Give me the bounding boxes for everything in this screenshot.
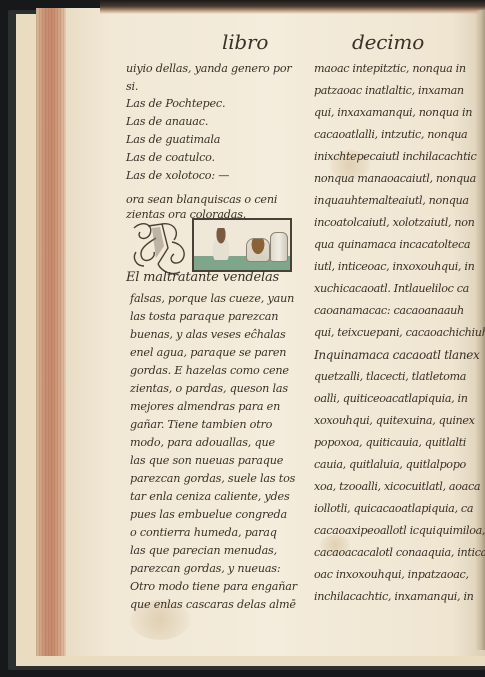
text-line: qua quinamaca incacatolteca: [314, 238, 470, 251]
text-line: modo, para adouallas, que: [130, 436, 275, 449]
text-line: qui, inxaxamanqui, nonqua in: [314, 106, 472, 119]
text-line: El maltratante vendelas: [126, 270, 279, 285]
text-line: cauia, quitlaluia, quitlalpopo: [314, 458, 466, 471]
seated-figure-icon: [208, 228, 234, 260]
text-line: xoxouhqui, quitexuina, quinex: [314, 414, 475, 427]
text-line: caoanamacac: cacaoanaauh: [314, 304, 464, 317]
text-line: xoa, tzooalli, xicocuitlatl, aoaca: [314, 480, 480, 493]
illustration-cacao-seller: [192, 218, 292, 272]
text-line: las que son nueuas paraque: [130, 454, 283, 467]
text-line: Las de Pochtepec.: [126, 97, 225, 110]
text-line: gordas. E hazelas como cene: [130, 364, 289, 377]
text-line: Otro modo tiene para engañar: [130, 580, 297, 593]
text-line: Las de coatulco.: [126, 151, 215, 164]
text-line: ora sean blanquiscas o ceni: [126, 193, 277, 206]
text-line: popoxoa, quiticauia, quitlalti: [314, 436, 466, 449]
running-head-right: decimo: [352, 30, 424, 54]
text-line: las que parecian menudas,: [130, 544, 277, 557]
text-line: xuchicacaoatl. Intlaueliloc ca: [314, 282, 469, 295]
text-line: iollotli, quicacaoatlapiquia, ca: [314, 502, 473, 515]
text-line: quetzalli, tlacecti, tlatletoma: [314, 370, 466, 383]
cacao-basket-icon: [246, 238, 270, 262]
jar-icon: [270, 232, 288, 262]
text-line: parezcan gordas, y nueuas:: [130, 562, 280, 575]
text-line: Inquinamaca cacaoatl tlanex: [314, 348, 479, 362]
text-line: enel agua, paraque se paren: [130, 346, 286, 359]
text-line: o contierra humeda, paraq: [130, 526, 277, 539]
text-line: oac inxoxouhqui, inpatzaoac,: [314, 568, 469, 581]
text-line: falsas, porque las cueze, yaun: [130, 292, 294, 305]
text-line: cacaoacacalotl conaaquia, intica: [314, 546, 485, 559]
text-line: nonqua manaoacaiutl, nonqua: [314, 172, 476, 185]
text-line: oalli, quiticeoacatlapiquia, in: [314, 392, 468, 405]
text-line: tar enla ceniza caliente, ydes: [130, 490, 289, 503]
text-line: mejores almendras para en: [130, 400, 280, 413]
text-line: Las de xolotoco: —: [126, 169, 229, 182]
text-line: incoatolcaiutl, xolotzaiutl, non: [314, 216, 475, 229]
text-line: Las de anauac.: [126, 115, 208, 128]
text-line: zientas, o pardas, queson las: [130, 382, 288, 395]
text-line: pues las embuelue congreda: [130, 508, 287, 521]
text-line: patzaoac inatlaltic, inxaman: [314, 84, 464, 97]
text-line: cacaoatlalli, intzutic, nonqua: [314, 128, 467, 141]
text-line: Las de guatimala: [126, 133, 220, 146]
text-line: inchilacachtic, inxamanqui, in: [314, 590, 474, 603]
text-line: que enlas cascaras delas almē: [130, 598, 296, 611]
text-line: las tosta paraque parezcan: [130, 310, 278, 323]
text-line: buenas, y alas veses eĉhalas: [130, 328, 286, 341]
text-line: uiyio dellas, yanda genero por: [126, 62, 292, 75]
page-fore-edge: [36, 8, 66, 656]
text-line: maoac intepitztic, nonqua in: [314, 62, 466, 75]
text-line: qui, teixcuepani, cacaoachichiuh: [314, 326, 485, 339]
text-line: inixchtepecaiutl inchilacachtic: [314, 150, 476, 163]
text-line: si.: [126, 80, 138, 93]
text-line: cacaoaxipeoallotl icquiquimiloa,: [314, 524, 485, 537]
text-line: parezcan gordas, suele las tos: [130, 472, 295, 485]
text-line: iutl, inticeoac, inxoxouhqui, in: [314, 260, 474, 273]
text-line: inquauhtemalteaiutl, nonqua: [314, 194, 469, 207]
page-top-shadow: [100, 0, 485, 14]
running-head-left: libro: [222, 30, 268, 54]
text-line: gañar. Tiene tambien otro: [130, 418, 272, 431]
